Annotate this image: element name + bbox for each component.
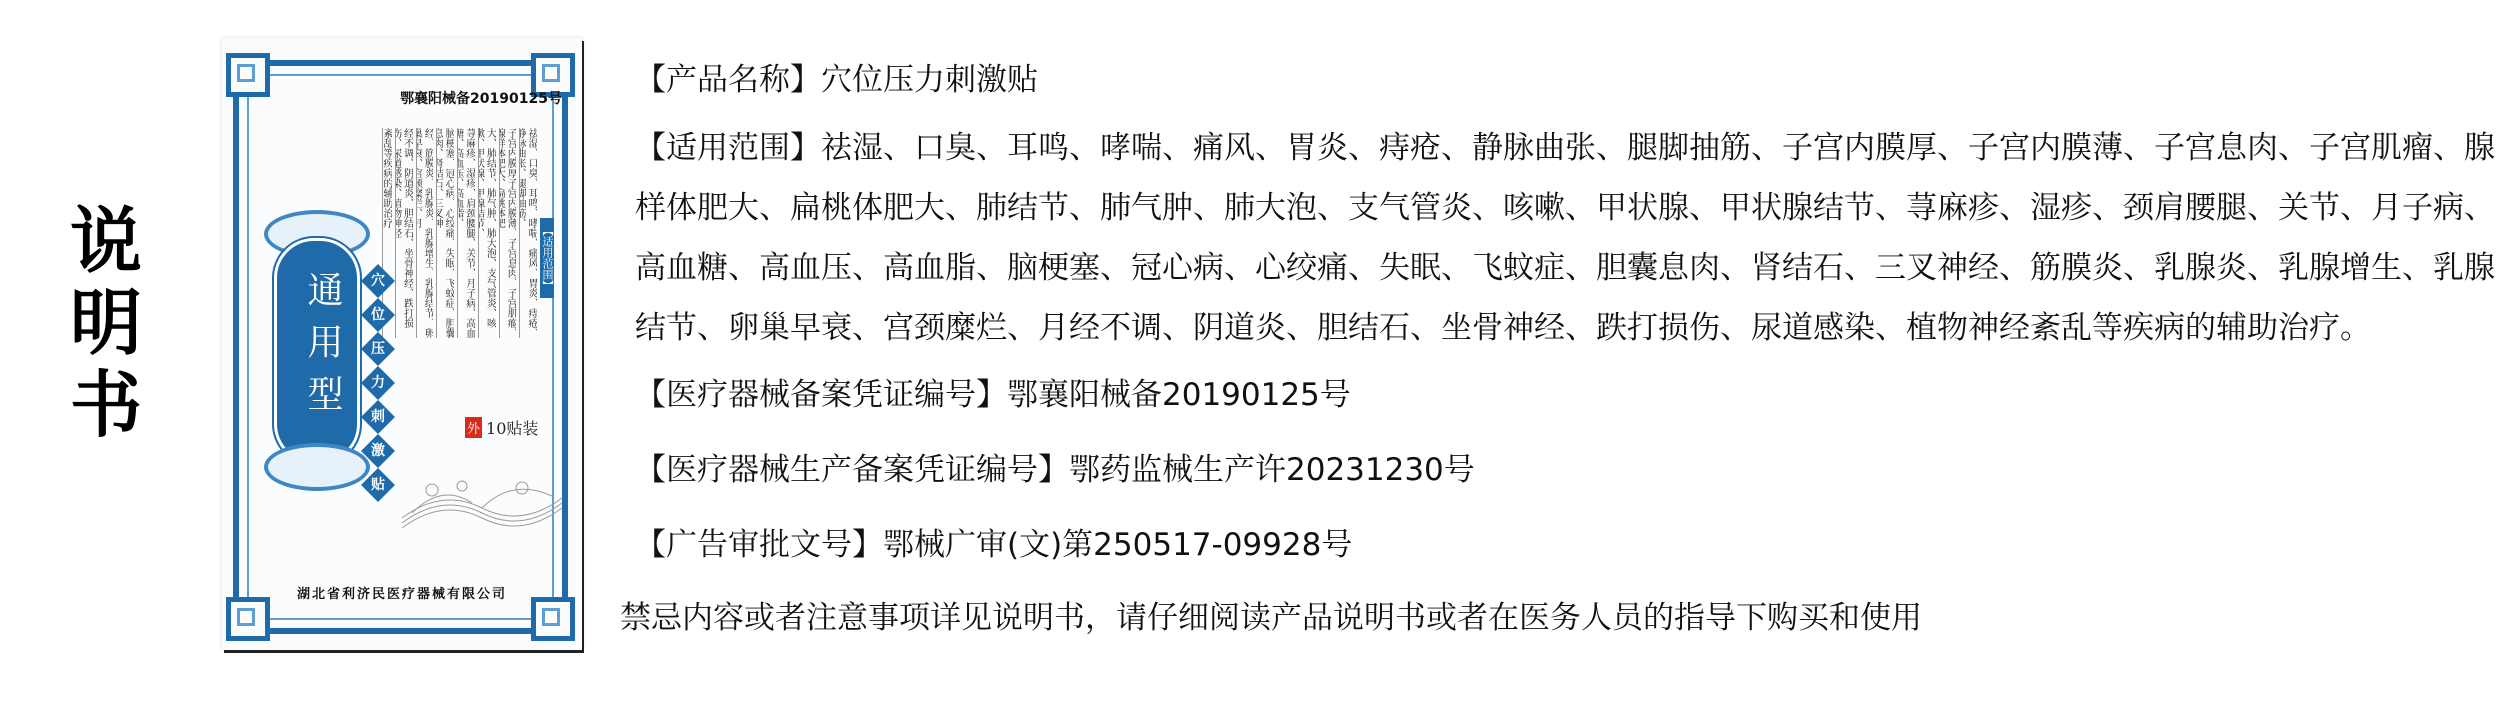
corner-ornament-icon	[531, 597, 575, 641]
diamond-char: 力	[366, 371, 390, 395]
product-name-vertical: 穴 位 压 力 刺 激 贴	[362, 263, 394, 507]
package-type-panel: 通用型	[274, 238, 360, 464]
package-scope-column: 脑梗塞、冠心病、心绞痛、失眠、飞蚊症、胆囊息肉、肾结石、三叉神	[436, 128, 454, 338]
package-scope-column: 子宫内膜厚子宫内膜薄、子宫息肉、子宫肌瘤、腺样体肥大、扁桃体肥	[499, 128, 517, 338]
diamond-badge: 贴	[361, 468, 395, 502]
side-title: 说 明 书	[66, 200, 146, 446]
package-type-label: 通用型	[297, 271, 348, 427]
package-scope-column: 大、肺结节、肺气肿、肺大泡、支气管炎、咳嗽、甲状腺、甲腺结节、	[478, 128, 496, 338]
warning-line: 禁忌内容或者注意事项详见说明书，请仔细阅读产品说明书或者在医务人员的指导下购买和…	[620, 598, 1922, 638]
diamond-char: 刺	[366, 405, 390, 429]
wave-pattern-icon	[402, 478, 562, 533]
pack-count-label: 10贴装	[486, 416, 538, 439]
product-package-image: 鄂襄阳械备20190125号 祛湿、口臭、耳鸣、哮喘、痛风、胃炎、痔疮、静脉曲张…	[222, 38, 582, 650]
package-scope-tag: 【适用范围】	[540, 218, 554, 298]
package-registration-number: 鄂襄阳械备20190125号	[222, 88, 562, 108]
diamond-badge: 刺	[361, 400, 395, 434]
side-title-char: 说	[66, 200, 146, 282]
pack-count: 外 10贴装	[465, 416, 538, 439]
manufacturer-name: 湖北省利济民医疗器械有限公司	[222, 583, 582, 602]
ad-approval-number-line: 【广告审批文号】鄂械广审(文)第250517-09928号	[635, 525, 1352, 565]
diamond-badge: 压	[361, 332, 395, 366]
filing-number-line: 【医疗器械备案凭证编号】鄂襄阳械备20190125号	[635, 375, 1351, 415]
package-scope-column: 祛湿、口臭、耳鸣、哮喘、痛风、胃炎、痔疮、静脉曲张、腿脚抽筋、	[519, 128, 537, 338]
side-title-char: 明	[66, 282, 146, 364]
package-scope-columns: 祛湿、口臭、耳鸣、哮喘、痛风、胃炎、痔疮、静脉曲张、腿脚抽筋、 子宫内膜厚子宫内…	[382, 128, 537, 338]
side-title-char: 书	[66, 364, 146, 446]
diamond-char: 贴	[366, 473, 390, 497]
external-use-badge: 外	[465, 417, 482, 438]
diamond-char: 激	[366, 439, 390, 463]
product-name-line: 【产品名称】穴位压力刺激贴	[635, 60, 1038, 100]
production-filing-number-line: 【医疗器械生产备案凭证编号】鄂药监械生产许20231230号	[635, 450, 1475, 490]
corner-ornament-icon	[226, 597, 270, 641]
scope-paragraph: 【适用范围】祛湿、口臭、耳鸣、哮喘、痛风、胃炎、痔疮、静脉曲张、腿脚抽筋、子宫内…	[635, 118, 2495, 358]
diamond-badge: 激	[361, 434, 395, 468]
package-scope-column: 经不调、阴道炎、胆结石、坐骨神经、跌打损伤、尿道感染、植物神经	[395, 128, 413, 338]
diamond-char: 压	[366, 337, 390, 361]
diamond-char: 位	[366, 303, 390, 327]
diamond-char: 穴	[366, 269, 390, 293]
diamond-badge: 位	[361, 298, 395, 332]
package-scope-column: 荨麻疹、湿疹、肩颈腰腿、关节、月子病、高血糖、高血压、高血脂、	[457, 128, 475, 338]
diamond-badge: 力	[361, 366, 395, 400]
diamond-badge: 穴	[361, 264, 395, 298]
package-scope-column: 经、筋膜炎、乳腺炎、乳腺增生、乳腺结节、卵巢早衰、宫颈糜烂、月	[416, 128, 434, 338]
scroll-ornament-icon	[264, 443, 370, 491]
